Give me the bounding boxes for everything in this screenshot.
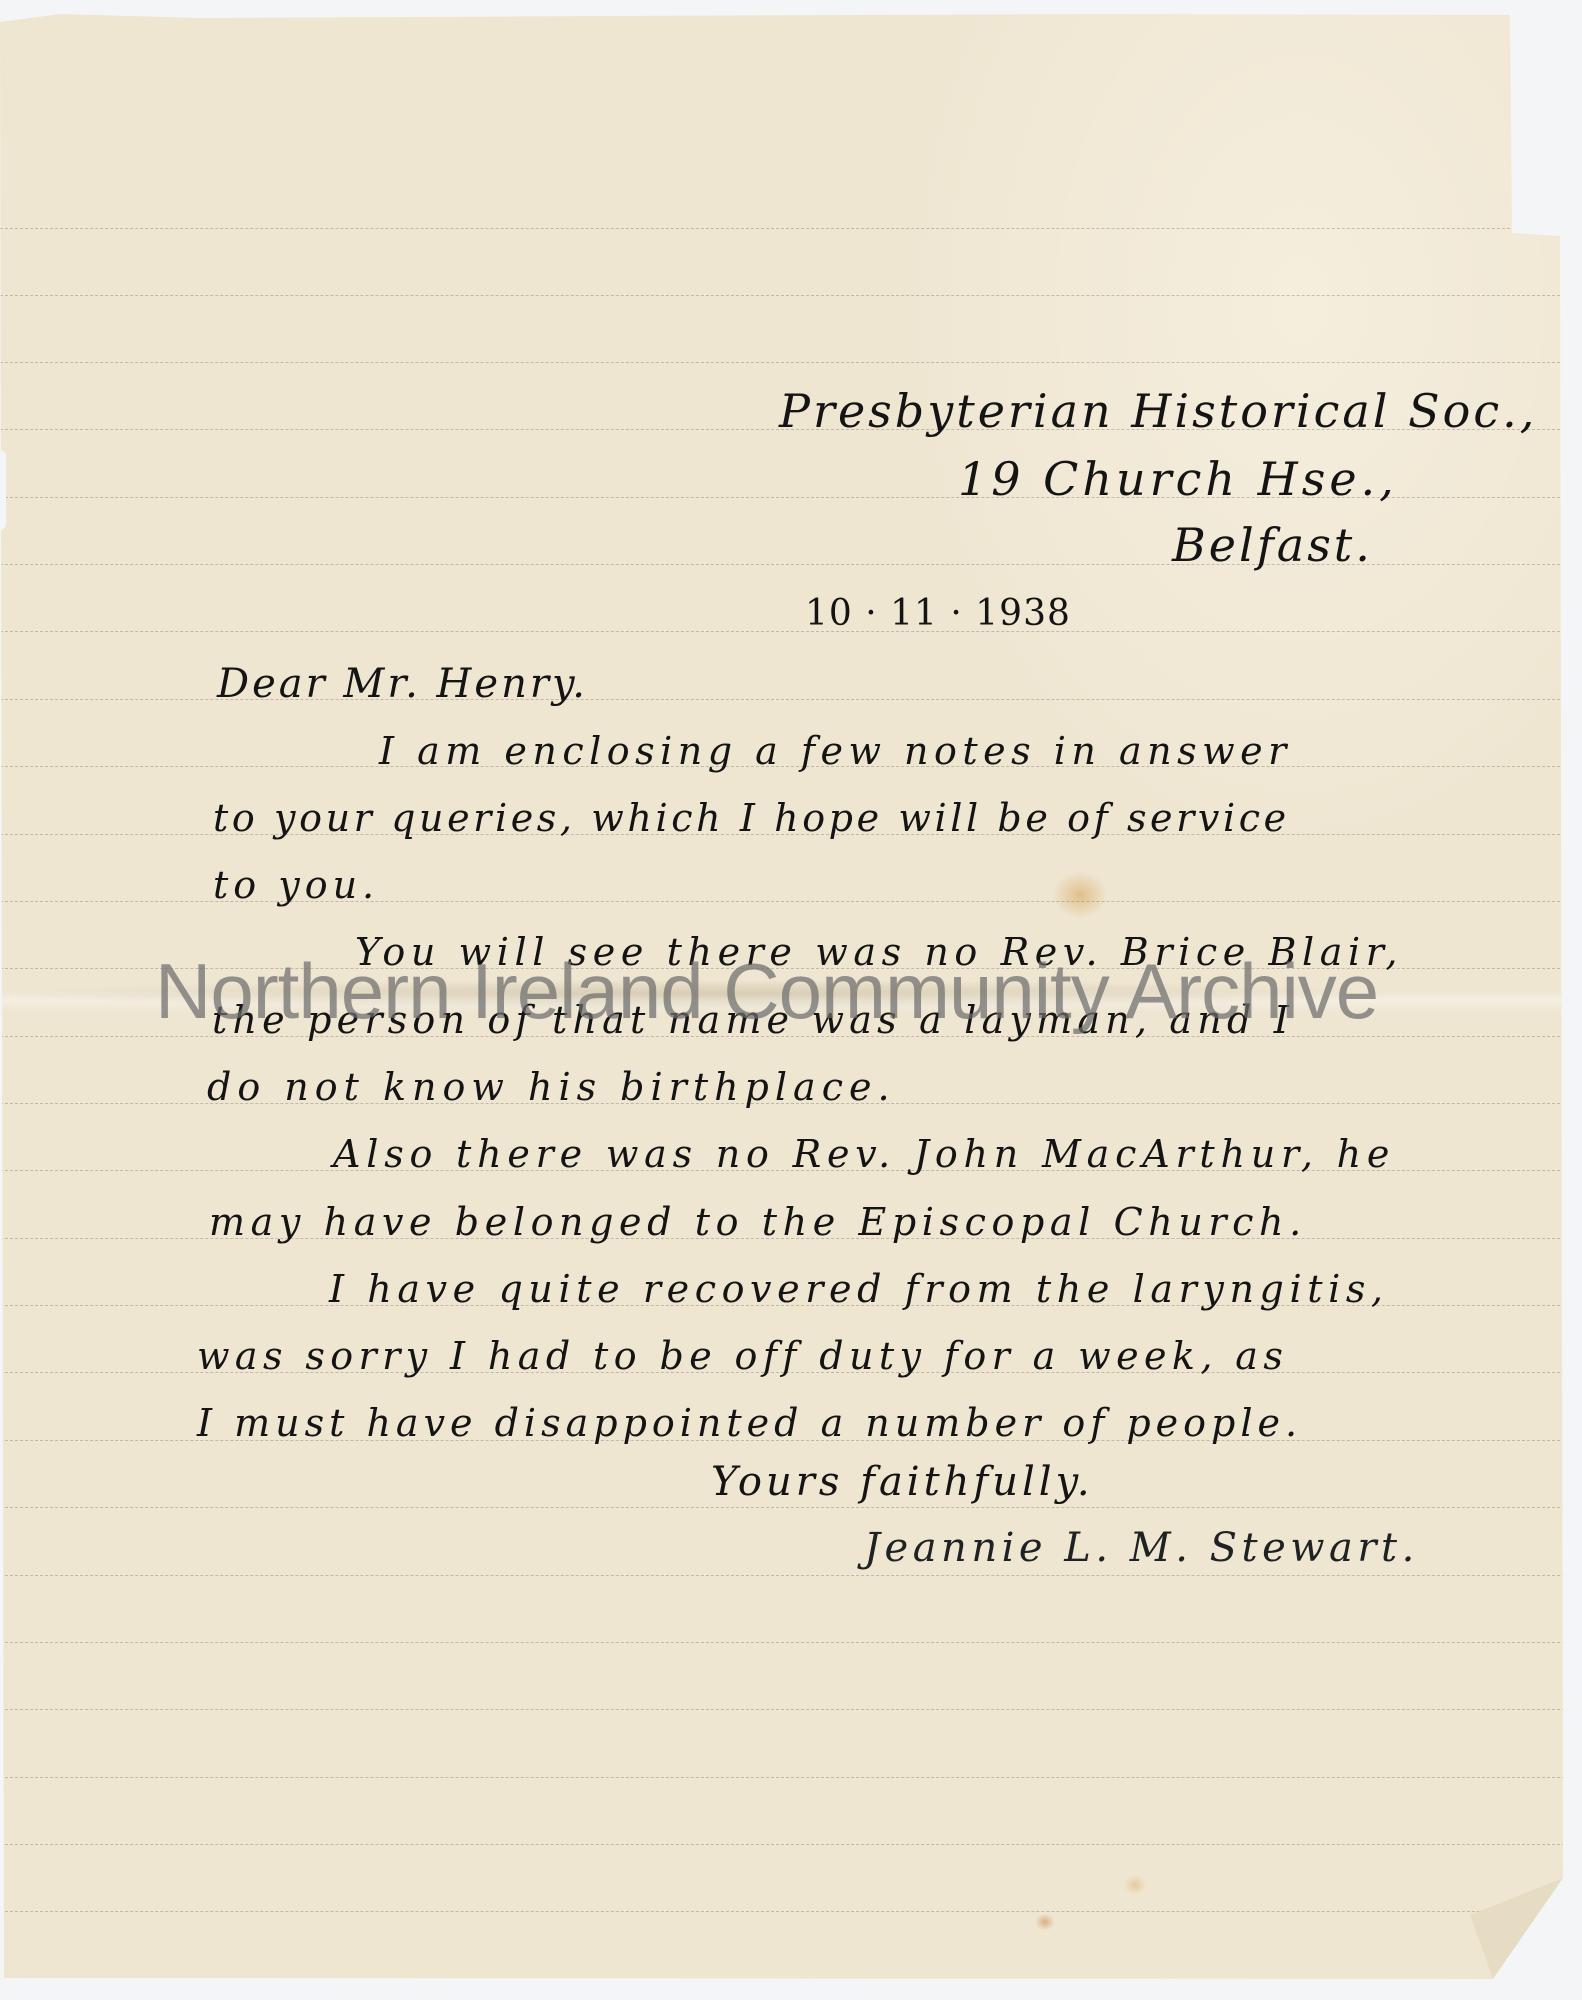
signature: Jeannie L. M. Stewart. xyxy=(864,1528,1419,1568)
address-line-2: 19 Church Hse., xyxy=(958,456,1398,502)
address-line-3: Belfast. xyxy=(1172,522,1373,568)
ruled-line xyxy=(0,1642,1565,1643)
ruled-line xyxy=(0,1575,1565,1576)
ruled-line xyxy=(0,1911,1565,1912)
ruled-line xyxy=(0,1709,1565,1710)
ruled-line xyxy=(0,362,1565,363)
body-line: Also there was no Rev. John MacArthur, h… xyxy=(333,1135,1395,1173)
ruled-line xyxy=(0,1507,1565,1508)
archive-watermark: Northern Ireland Community Archive xyxy=(155,952,1378,1030)
body-line: I am enclosing a few notes in answer xyxy=(379,732,1292,770)
body-line: do not know his birthplace. xyxy=(207,1068,896,1106)
ruled-line xyxy=(0,228,1565,229)
body-line: I must have disappointed a number of peo… xyxy=(197,1404,1302,1442)
body-line: to your queries, which I hope will be of… xyxy=(213,799,1290,837)
ruled-line xyxy=(0,1777,1565,1778)
address-line-1: Presbyterian Historical Soc., xyxy=(779,388,1537,434)
body-line: to you. xyxy=(213,866,379,904)
closing: Yours faithfully. xyxy=(711,1462,1094,1502)
body-line: was sorry I had to be off duty for a wee… xyxy=(197,1337,1288,1375)
ruled-line xyxy=(0,631,1565,632)
salutation: Dear Mr. Henry. xyxy=(217,664,588,704)
body-line: may have belonged to the Episcopal Churc… xyxy=(209,1203,1307,1241)
edge-tear xyxy=(0,450,6,530)
ruled-line xyxy=(0,1844,1565,1845)
letter-date: 10 · 11 · 1938 xyxy=(805,596,1071,632)
body-line: I have quite recovered from the laryngit… xyxy=(329,1270,1389,1308)
ruled-line xyxy=(0,295,1565,296)
